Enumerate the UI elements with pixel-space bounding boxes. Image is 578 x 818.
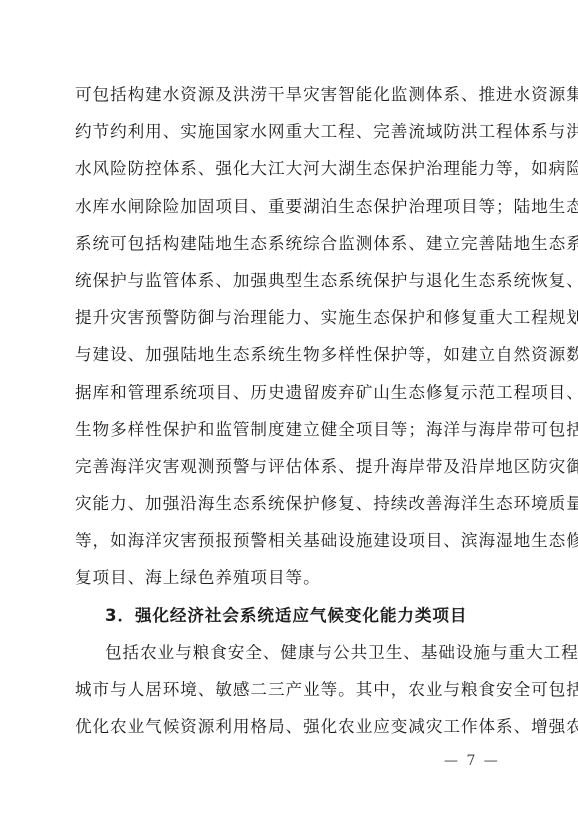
document-page: 可包括构建水资源及洪涝干旱灾害智能化监测体系、推进水资源集 约节约利用、实施国家… [0,0,578,818]
paragraph-line: 水风险防控体系、强化大江大河大湖生态保护治理能力等，如病险 [75,156,507,193]
paragraph-line: 据库和管理系统项目、历史遗留废弃矿山生态修复示范工程项目、 [75,380,507,417]
paragraph-line: 可包括构建水资源及洪涝干旱灾害智能化监测体系、推进水资源集 [75,82,507,119]
paragraph-line: 系统可包括构建陆地生态系统综合监测体系、建立完善陆地生态系 [75,231,507,268]
paragraph-line: 提升灾害预警防御与治理能力、实施生态保护和修复重大工程规划 [75,305,507,342]
paragraph-line: 优化农业气候资源利用格局、强化农业应变减灾工作体系、增强农 [75,714,507,751]
paragraph-line: 生物多样性保护和监管制度建立健全项目等；海洋与海岸带可包括 [75,417,507,454]
paragraph-line: 灾能力、加强沿海生态系统保护修复、持续改善海洋生态环境质量 [75,491,507,528]
paragraph-line: 与建设、加强陆地生态系统生物多样性保护等，如建立自然资源数 [75,342,507,379]
paragraph-line: 复项目、海上绿色养殖项目等。 [75,565,507,602]
paragraph-line: 等，如海洋灾害预报预警相关基础设施建设项目、滨海湿地生态修 [75,528,507,565]
paragraph-line: 包括农业与粮食安全、健康与公共卫生、基础设施与重大工程、 [75,640,507,677]
page-number: — 7 — [444,753,500,769]
section-heading: 3．强化经济社会系统适应气候变化能力类项目 [75,603,507,640]
paragraph-line: 约节约利用、实施国家水网重大工程、完善流域防洪工程体系与洪 [75,119,507,156]
paragraph-line: 完善海洋灾害观测预警与评估体系、提升海岸带及沿岸地区防灾御 [75,454,507,491]
paragraph-line: 水库水闸除险加固项目、重要湖泊生态保护治理项目等；陆地生态 [75,194,507,231]
paragraph-line: 城市与人居环境、敏感二三产业等。其中，农业与粮食安全可包括 [75,677,507,714]
document-body: 可包括构建水资源及洪涝干旱灾害智能化监测体系、推进水资源集 约节约利用、实施国家… [75,82,507,751]
paragraph-line: 统保护与监管体系、加强典型生态系统保护与退化生态系统恢复、 [75,268,507,305]
